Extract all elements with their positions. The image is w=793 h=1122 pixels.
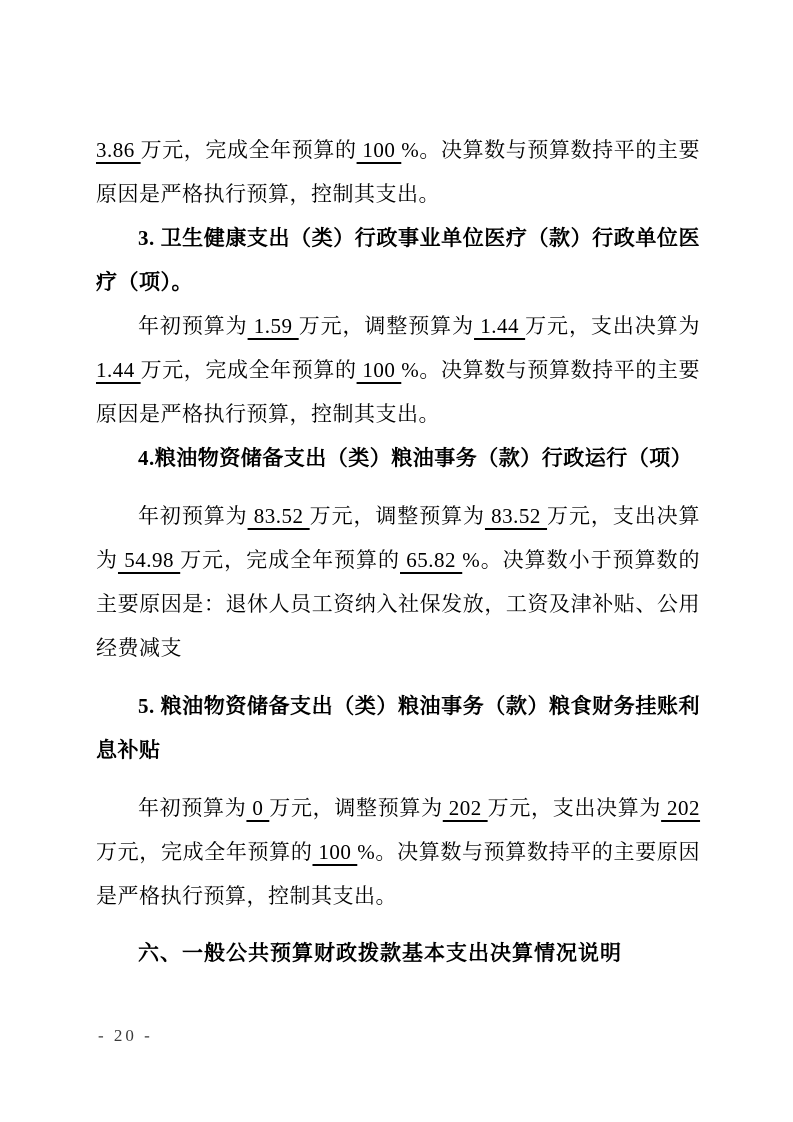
text-run: 3. 卫生健康支出（类）行政事业单位医疗（款）行政单位医疗（项）。 xyxy=(96,226,700,294)
underlined-value: 83.52 xyxy=(485,504,547,528)
text-run: 5. 粮油物资储备支出（类）粮油事务（款）粮食财务挂账利息补贴 xyxy=(96,694,700,762)
text-run: 万元，调整预算为 xyxy=(299,314,474,338)
underlined-value: 0 xyxy=(246,796,269,820)
paragraph: 年初预算为 0 万元，调整预算为 202 万元，支出决算为 202 万元，完成全… xyxy=(96,786,700,918)
underlined-value: 65.82 xyxy=(400,548,462,572)
underlined-value: 54.98 xyxy=(118,548,180,572)
underlined-value: 1.59 xyxy=(248,314,299,338)
underlined-value: 100 xyxy=(312,840,357,864)
paragraph: 年初预算为 1.59 万元，调整预算为 1.44 万元，支出决算为 1.44 万… xyxy=(96,304,700,436)
underlined-value: 202 xyxy=(443,796,488,820)
text-run: 万元，完成全年预算的 xyxy=(141,358,357,382)
text-run: 万元，支出决算为 xyxy=(525,314,700,338)
document-page: 3.86 万元，完成全年预算的 100 %。决算数与预算数持平的主要原因是严格执… xyxy=(0,0,793,1122)
text-run: 年初预算为 xyxy=(138,504,248,528)
page-number: - 20 - xyxy=(98,1026,153,1046)
underlined-value: 1.44 xyxy=(474,314,525,338)
underlined-value: 83.52 xyxy=(248,504,310,528)
text-run: 六、一般公共预算财政拨款基本支出决算情况说明 xyxy=(138,942,622,965)
section-heading: 六、一般公共预算财政拨款基本支出决算情况说明 xyxy=(96,932,700,976)
section-heading: 4.粮油物资储备支出（类）粮油事务（款）行政运行（项） xyxy=(96,436,700,480)
underlined-value: 100 xyxy=(357,138,402,162)
document-content: 3.86 万元，完成全年预算的 100 %。决算数与预算数持平的主要原因是严格执… xyxy=(96,128,700,976)
text-run: 万元，支出决算为 xyxy=(488,796,661,820)
underlined-value: 3.86 xyxy=(96,138,141,162)
text-run: 万元，完成全年预算的 xyxy=(96,840,312,864)
underlined-value: 1.44 xyxy=(96,358,141,382)
text-run: 年初预算为 xyxy=(138,314,248,338)
paragraph: 3.86 万元，完成全年预算的 100 %。决算数与预算数持平的主要原因是严格执… xyxy=(96,128,700,216)
paragraph: 年初预算为 83.52 万元，调整预算为 83.52 万元，支出决算为 54.9… xyxy=(96,494,700,670)
text-run: 4.粮油物资储备支出（类）粮油事务（款）行政运行（项） xyxy=(138,446,692,470)
underlined-value: 202 xyxy=(661,796,700,820)
section-heading: 5. 粮油物资储备支出（类）粮油事务（款）粮食财务挂账利息补贴 xyxy=(96,684,700,772)
text-run: 万元，完成全年预算的 xyxy=(180,548,400,572)
underlined-value: 100 xyxy=(357,358,402,382)
text-run: 万元，调整预算为 xyxy=(269,796,442,820)
text-run: 万元，调整预算为 xyxy=(310,504,485,528)
text-run: 年初预算为 xyxy=(138,796,246,820)
section-heading: 3. 卫生健康支出（类）行政事业单位医疗（款）行政单位医疗（项）。 xyxy=(96,216,700,304)
text-run: 万元，完成全年预算的 xyxy=(141,138,357,162)
